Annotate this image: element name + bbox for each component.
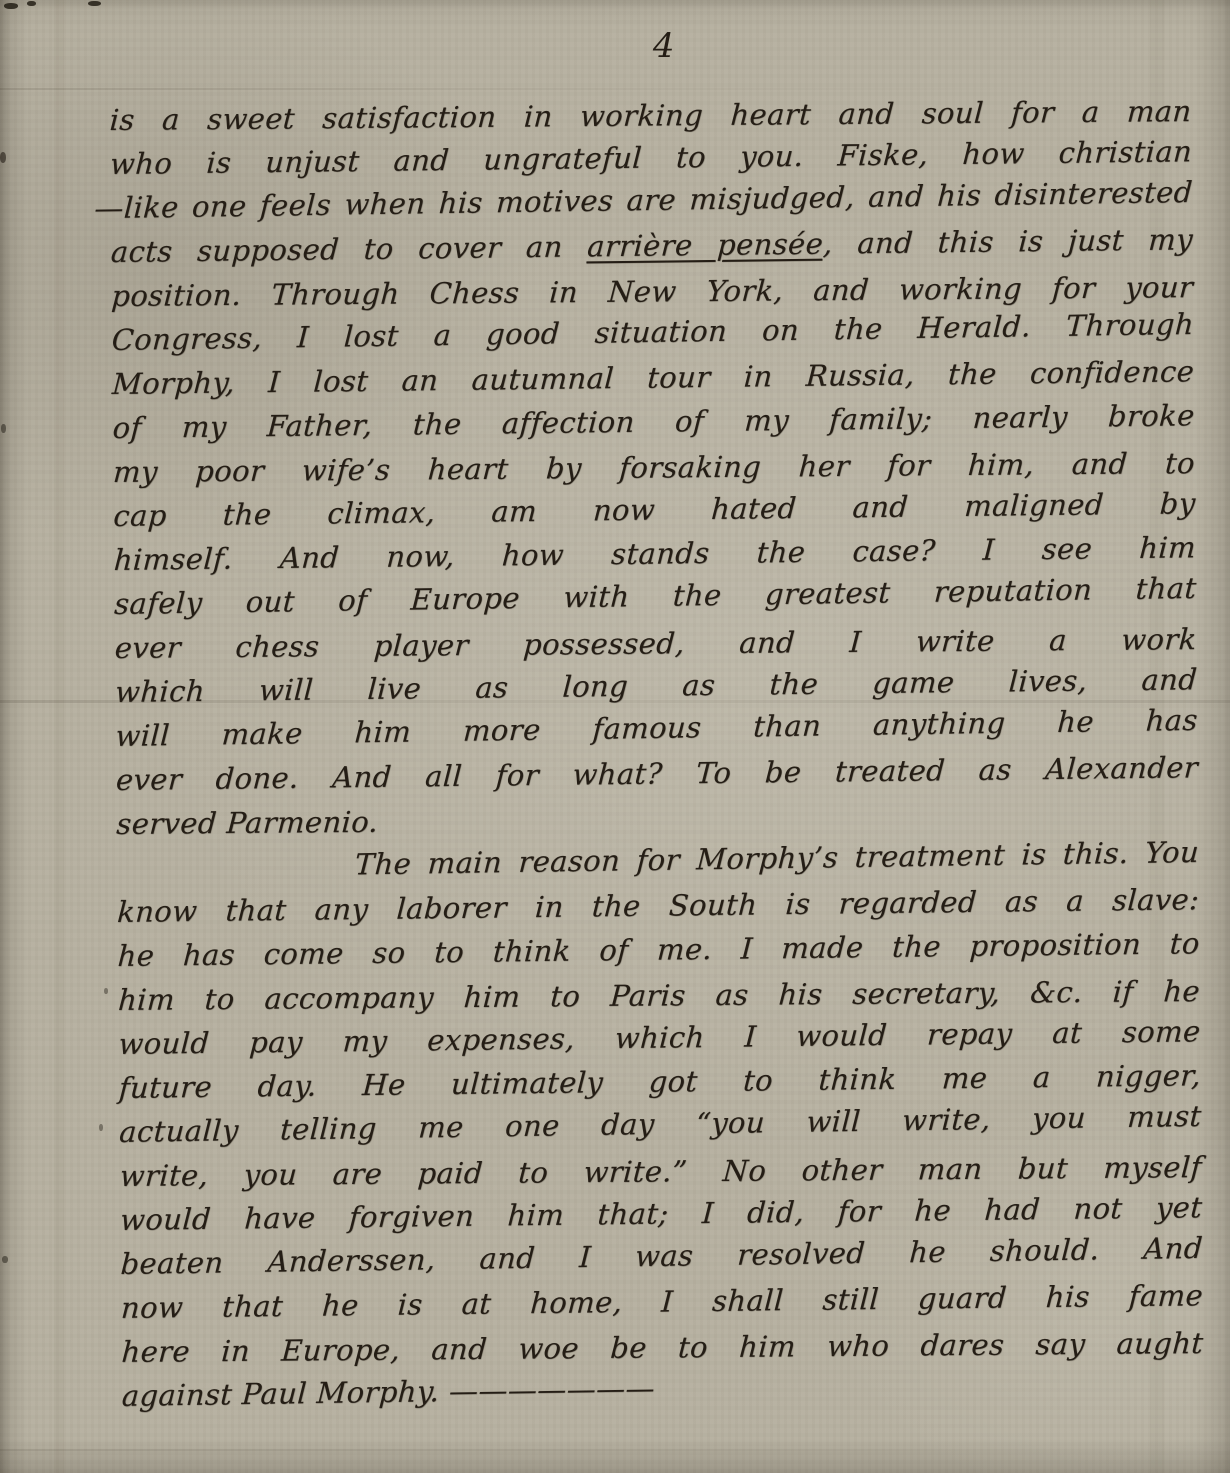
line-segment-post: , and this is just my	[822, 222, 1194, 260]
scan-smudge	[1, 424, 6, 433]
ink-speck	[104, 988, 108, 994]
scan-smudge	[4, 3, 18, 9]
ink-speck	[99, 1124, 103, 1131]
underlined-phrase: arrière pensée	[586, 227, 824, 264]
scanned-letter-page: 4 is a sweet satisfaction in working hea…	[0, 0, 1230, 1473]
paper-crease	[0, 1449, 1230, 1451]
page-number: 4	[653, 26, 676, 66]
scan-smudge	[88, 1, 101, 6]
scan-smudge	[2, 1256, 8, 1263]
scan-smudge	[0, 152, 6, 163]
paper-fold-streak	[54, 0, 64, 1473]
line-segment-pre: acts supposed to cover an	[110, 229, 588, 269]
scan-smudge	[27, 1, 36, 6]
letter-body: is a sweet satisfaction in working heart…	[108, 88, 1203, 1418]
